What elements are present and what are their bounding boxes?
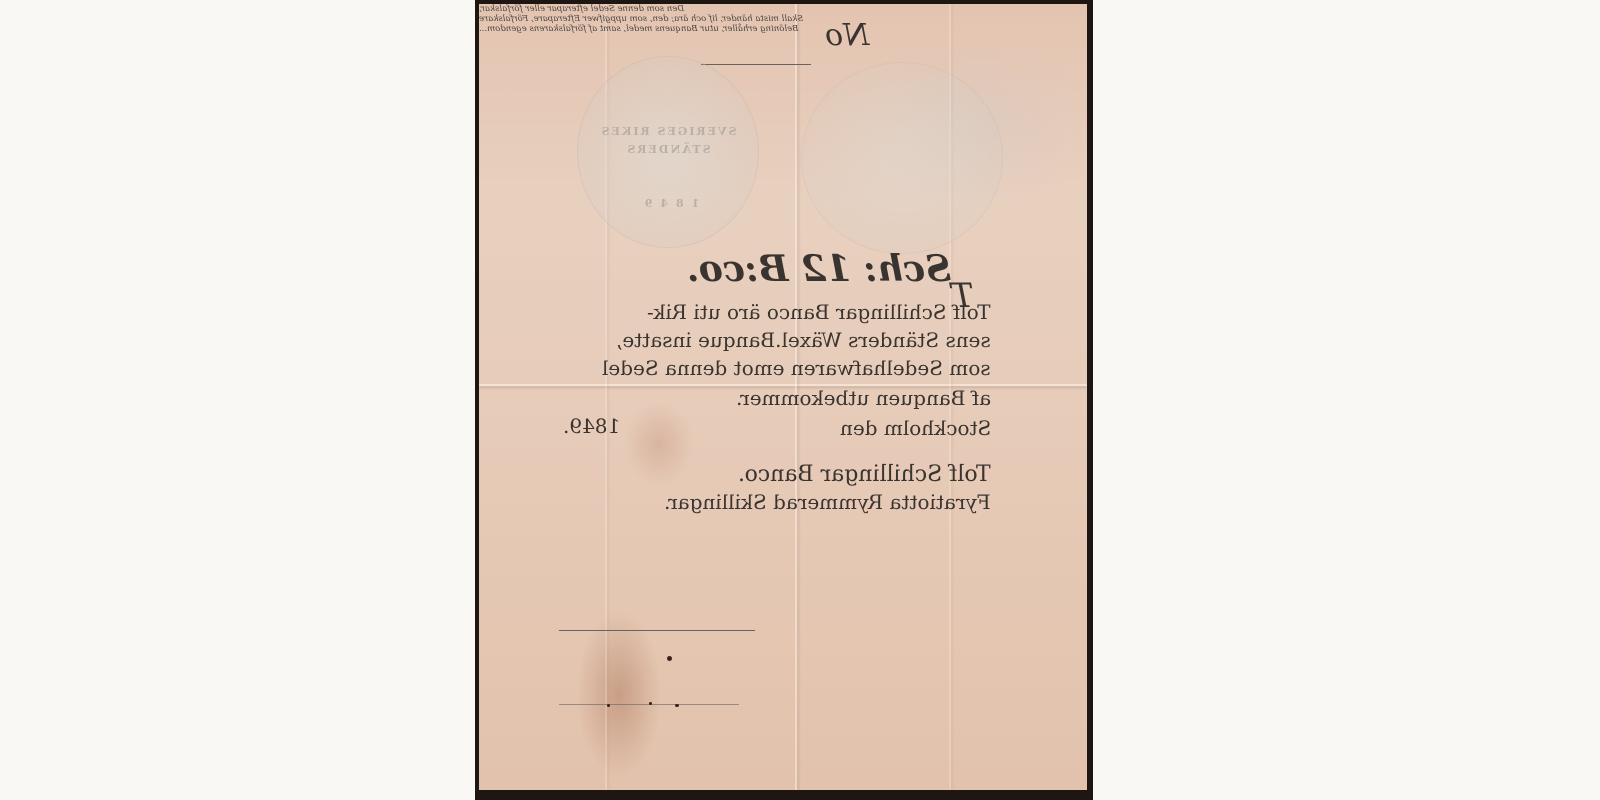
seal-line-1: SVERIGES RIKES — [578, 125, 758, 138]
seal-year: 1849 — [578, 197, 758, 210]
ink-spot — [667, 656, 672, 661]
seal-line-2: STÄNDERS — [578, 143, 758, 156]
warning-line-3: Belöning erhåller, utur Banquens medel, … — [479, 24, 1087, 34]
banknote-paper: No SVERIGES RIKES STÄNDERS 1849 Sch: 12 … — [479, 4, 1087, 790]
issue-year: 1849. — [563, 414, 620, 438]
body-line-2: sens Ständers Wäxel.Banque insatte, — [616, 328, 991, 352]
place-date: Stockholm den — [840, 416, 991, 440]
body-line-3: som Sedelhafwaren emot denna Sedel — [602, 356, 991, 380]
serial-rule — [701, 64, 811, 65]
embossed-seal-left: SVERIGES RIKES STÄNDERS 1849 — [577, 56, 759, 248]
warning-line-1: Den som denne Sedel efterapar eller förf… — [479, 4, 1087, 14]
ink-spot — [675, 704, 679, 707]
body-line-4: af Banquen utbekommer. — [736, 386, 991, 410]
amount-words-2: Fyratiotta Rymmerad Skillingar. — [664, 490, 991, 514]
ink-spot — [649, 702, 652, 705]
body-line-1: Tolf Schillingar Banco äro uti Rik- — [647, 300, 991, 324]
denomination-heading: Sch: 12 B:co. — [687, 248, 951, 290]
signature-rule-1 — [559, 630, 755, 631]
warning-line-2: Skall mista händer, lif och ära; den, so… — [479, 14, 1087, 24]
ink-spot — [607, 704, 610, 707]
banknote: No SVERIGES RIKES STÄNDERS 1849 Sch: 12 … — [475, 0, 1093, 800]
amount-words: Tolf Schillingar Banco. — [738, 462, 991, 487]
embossed-seal-right — [801, 62, 1003, 254]
